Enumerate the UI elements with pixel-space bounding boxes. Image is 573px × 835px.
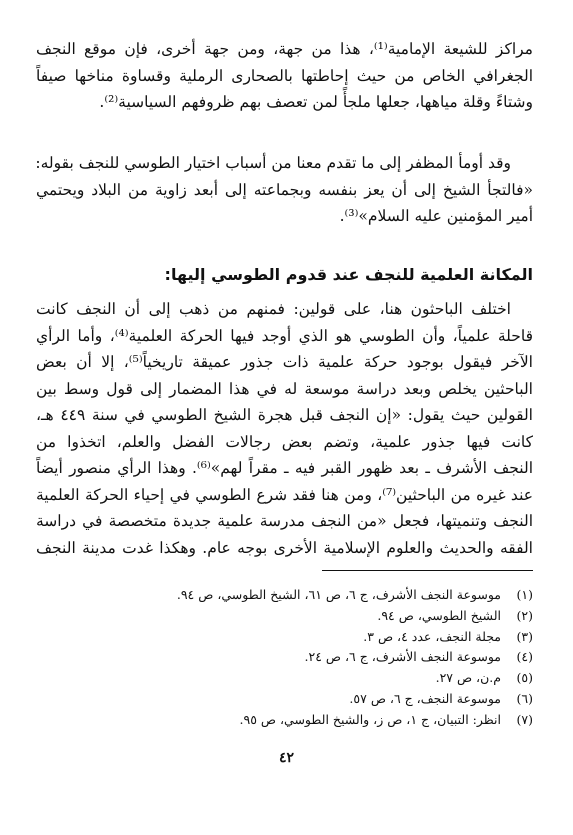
book-page: مراكز للشيعة الإمامية⁽¹⁾، هذا من جهة، وم… bbox=[0, 0, 573, 835]
footnote-item: (٦) موسوعة النجف، ج ٦، ص ٥٧. bbox=[73, 689, 533, 710]
text-line: اختلف الباحثون هنا، على قولين: فمنهم من … bbox=[36, 296, 533, 323]
text-line: مراكز للشيعة الإمامية⁽¹⁾، هذا من جهة، وم… bbox=[36, 36, 533, 63]
text-line: أمير المؤمنين عليه السلام»⁽³⁾. bbox=[36, 203, 533, 230]
footnote-text: موسوعة النجف الأشرف، ج ٦، ص ٢٤. bbox=[305, 647, 501, 668]
page-number: ٤٢ bbox=[0, 750, 573, 766]
text-line: القولين حيث يقول: «إن النجف قبل هجرة الش… bbox=[36, 402, 533, 429]
paragraph-najaf-geography: مراكز للشيعة الإمامية⁽¹⁾، هذا من جهة، وم… bbox=[36, 36, 533, 116]
paragraph-muzaffar-quote: وقد أومأ المظفر إلى ما تقدم معنا من أسبا… bbox=[36, 150, 533, 230]
text-line: وشتاءً وقلة مياهها، جعلها ملجأً لمن تعصف… bbox=[36, 89, 533, 116]
section-heading: المكانة العلمية للنجف عند قدوم الطوسي إل… bbox=[36, 262, 533, 288]
footnote-item: (٢) الشيخ الطوسي، ص ٩٤. bbox=[73, 606, 533, 627]
footnote-text: الشيخ الطوسي، ص ٩٤. bbox=[377, 606, 501, 627]
footnote-text: موسوعة النجف، ج ٦، ص ٥٧. bbox=[349, 689, 501, 710]
text-line: الجغرافي الخاص من حيث إحاطتها بالصحارى ا… bbox=[36, 63, 533, 90]
footnote-item: (٤) موسوعة النجف الأشرف، ج ٦، ص ٢٤. bbox=[73, 647, 533, 668]
text-line: كانت فيها جذور علمية، وتضم بعض رجالات ال… bbox=[36, 429, 533, 456]
footnote-number: (٥) bbox=[501, 668, 533, 689]
text-line: قاحلة علمياً، وأن الطوسي هو الذي أوجد في… bbox=[36, 323, 533, 350]
paragraph-scholarly-status: اختلف الباحثون هنا، على قولين: فمنهم من … bbox=[36, 296, 533, 561]
footnote-number: (٢) bbox=[501, 606, 533, 627]
footnote-text: مجلة النجف، عدد ٤، ص ٣. bbox=[363, 627, 501, 648]
text-line: عند غيره من الباحثين⁽⁷⁾، ومن هنا فقد شرع… bbox=[36, 482, 533, 509]
footnote-number: (١) bbox=[501, 585, 533, 606]
footnote-item: (٣) مجلة النجف، عدد ٤، ص ٣. bbox=[73, 627, 533, 648]
footnote-number: (٧) bbox=[501, 710, 533, 731]
footnote-item: (٧) انظر: التبيان، ج ١، ص ز، والشيخ الطو… bbox=[73, 710, 533, 731]
text-line: وقد أومأ المظفر إلى ما تقدم معنا من أسبا… bbox=[36, 150, 533, 177]
footnote-number: (٦) bbox=[501, 689, 533, 710]
footnote-text: م.ن، ص ٢٧. bbox=[436, 668, 501, 689]
footnote-item: (١) موسوعة النجف الأشرف، ج ٦، ص ٦١، الشي… bbox=[73, 585, 533, 606]
footnote-text: انظر: التبيان، ج ١، ص ز، والشيخ الطوسي، … bbox=[240, 710, 501, 731]
text-line: الباحثين يخلص وبعد دراسة موسعة له في هذا… bbox=[36, 376, 533, 403]
text-line: الآخر فيقول بوجود حركة علمية ذات جذور عم… bbox=[36, 349, 533, 376]
footnote-separator bbox=[322, 570, 533, 571]
footnotes: (١) موسوعة النجف الأشرف، ج ٦، ص ٦١، الشي… bbox=[73, 585, 533, 731]
footnote-number: (٤) bbox=[501, 647, 533, 668]
text-line: النجف الأشرف ـ بعد ظهور القبر فيه ـ مقرا… bbox=[36, 455, 533, 482]
footnote-number: (٣) bbox=[501, 627, 533, 648]
footnote-item: (٥) م.ن، ص ٢٧. bbox=[73, 668, 533, 689]
text-line: «فالتجأ الشيخ إلى أن يعز بنفسه وبجماعته … bbox=[36, 177, 533, 204]
footnote-text: موسوعة النجف الأشرف، ج ٦، ص ٦١، الشيخ ال… bbox=[177, 585, 501, 606]
text-line: الفقه والحديث والعلوم الإسلامية الأخرى ب… bbox=[36, 535, 533, 562]
text-line: النجف وتنميتها، فجعل «من النجف مدرسة علم… bbox=[36, 508, 533, 535]
